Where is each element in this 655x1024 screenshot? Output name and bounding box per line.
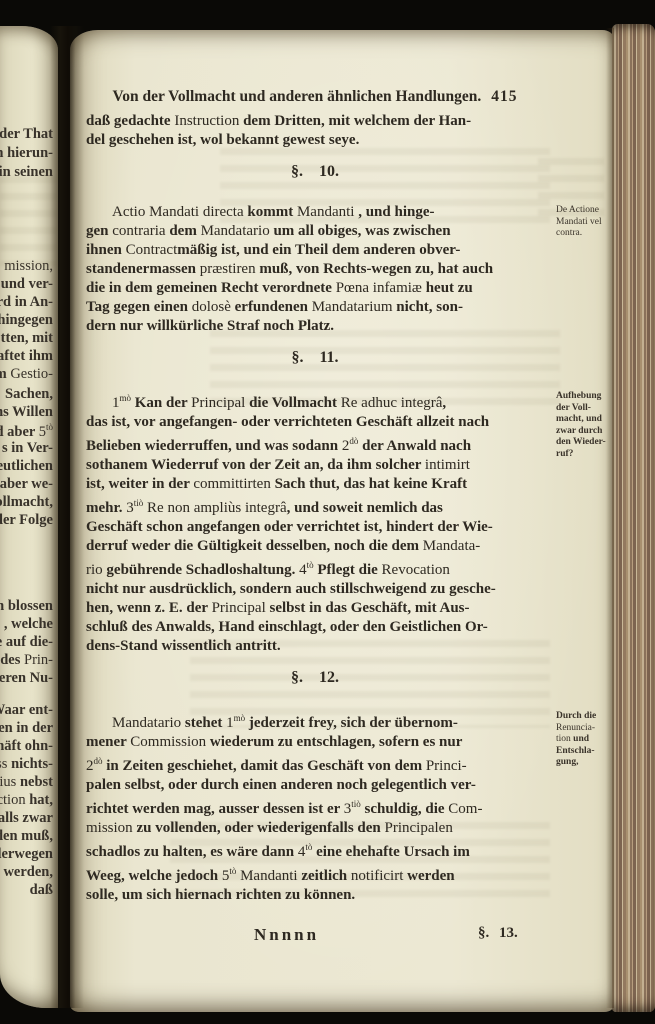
text-segment: gebührende Schadloshaltung. xyxy=(103,562,299,578)
text-segment: tten, mit xyxy=(1,330,53,346)
text-line: mission zu vollenden, oder wiederigenfal… xyxy=(86,819,544,838)
text-segment: Weeg, welche jedoch xyxy=(86,868,222,884)
text-segment: palen selbst, oder durch einen anderen n… xyxy=(86,777,476,793)
text-segment: 4 xyxy=(299,562,307,578)
left-page-fragment: tten, mit xyxy=(1,330,53,347)
text-line: Mandatario stehet 1mò jederzeit frey, si… xyxy=(86,709,544,733)
text-segment: r aber we- xyxy=(0,476,53,492)
text-segment: Sach thut, das hat keine Kraft xyxy=(271,476,467,492)
text-segment: mäßig ist, und ein Theil dem anderen obv… xyxy=(177,242,460,258)
text-segment: Tag gegen einen xyxy=(86,299,192,315)
text-segment: intimirt xyxy=(425,457,470,473)
text-segment: Renuncia- xyxy=(556,723,595,733)
text-segment: m xyxy=(0,366,10,382)
text-segment: jederzeit frey, sich der übernom- xyxy=(245,715,458,731)
text-segment: werden xyxy=(403,868,454,884)
text-segment: deutlichen xyxy=(0,458,53,474)
text-segment: nicht, son- xyxy=(393,299,463,315)
paragraph: Actio Mandati directa kommt Mandanti , u… xyxy=(86,203,544,336)
text-segment: mehr. xyxy=(86,500,126,516)
text-segment: , und hinge- xyxy=(354,204,434,220)
left-page-fragment: Waar ent- xyxy=(0,702,53,719)
left-page-fragment: d aber 5tò xyxy=(0,422,53,441)
text-segment: Com- xyxy=(448,801,482,817)
text-segment: der Voll- xyxy=(556,403,591,413)
running-header: Von der Vollmacht und anderen ähnlichen … xyxy=(86,88,544,106)
text-segment: zwar durch xyxy=(556,426,602,436)
text-segment: tò xyxy=(307,560,314,570)
text-segment: mener xyxy=(86,734,130,750)
text-segment: macht, und xyxy=(556,414,602,424)
left-page-fragment: ird in An- xyxy=(0,294,53,311)
text-segment: den in der xyxy=(0,720,53,736)
text-segment: derruf weder die Gültigkeit desselben, n… xyxy=(86,538,423,554)
left-page-edge: der Thatn hierun-in seinenmission,und ve… xyxy=(0,26,58,1008)
text-segment: , xyxy=(442,395,446,411)
text-segment: præstiren xyxy=(200,261,256,277)
text-segment: und xyxy=(571,734,589,744)
left-page-fragment: n hierun- xyxy=(0,145,53,162)
left-page-fragment: und ver- xyxy=(1,276,53,293)
text-line: schadlos zu halten, es wäre dann 4tò ein… xyxy=(86,838,544,862)
text-segment: mò xyxy=(234,713,246,723)
text-line: derruf weder die Gültigkeit desselben, n… xyxy=(86,537,544,556)
text-segment: n hierun- xyxy=(0,145,53,161)
text-segment: , und soweit nemlich das xyxy=(287,500,443,516)
text-segment: tion xyxy=(556,734,571,744)
left-page-fragment: ction hat, xyxy=(0,792,53,809)
text-segment: contraria xyxy=(112,223,165,239)
left-page-fragment: rden muß, xyxy=(0,828,53,845)
text-segment: schadlos zu halten, es wäre dann xyxy=(86,844,298,860)
text-segment: Principal xyxy=(212,600,266,616)
text-segment: 2 xyxy=(86,758,94,774)
text-segment: Mandanti xyxy=(297,204,355,220)
text-line: mener Commission wiederum zu entschlagen… xyxy=(86,733,544,752)
text-segment: Sachen, xyxy=(5,386,53,402)
text-line: Belieben wiederruffen, und was sodann 2d… xyxy=(86,432,544,456)
text-segment: dens-Stand wissentlich antritt. xyxy=(86,638,281,654)
left-page-fragment: cess nichts- xyxy=(0,756,53,773)
text-segment: nebst xyxy=(20,774,53,790)
text-segment: rio xyxy=(86,562,103,578)
left-page-fragment: m Gestio- xyxy=(0,366,53,383)
text-segment: ie auf die- xyxy=(0,634,53,650)
text-line: rio gebührende Schadloshaltung. 4tò Pfle… xyxy=(86,556,544,580)
text-line: del geschehen ist, wol bekannt gewest se… xyxy=(86,131,544,150)
text-line: dens-Stand wissentlich antritt. xyxy=(86,637,544,656)
left-page-fragment: derwegen xyxy=(0,846,53,863)
text-segment: committirten xyxy=(193,476,270,492)
text-segment: Mandatarium xyxy=(312,299,393,315)
text-segment: hen, wenn z. E. der xyxy=(86,600,212,616)
text-segment: contra. xyxy=(556,228,582,238)
left-page-fragment: r aber we- xyxy=(0,476,53,493)
text-line: 1mò Kan der Principal die Vollmacht Re a… xyxy=(86,389,544,413)
paragraph: 1mò Kan der Principal die Vollmacht Re a… xyxy=(86,389,544,656)
text-segment: Geschäft schon angefangen oder verrichte… xyxy=(86,519,493,535)
left-page-fragment: der Folge xyxy=(0,512,53,529)
text-segment: ns Willen xyxy=(0,404,53,420)
text-segment: , welche xyxy=(4,616,53,632)
text-segment: die in dem gemeinen Recht verordnete xyxy=(86,280,336,296)
text-segment: Belieben wiederruffen, und was sodann xyxy=(86,438,342,454)
text-line: Actio Mandati directa kommt Mandanti , u… xyxy=(86,203,544,222)
text-segment: selbst in das Geschäft, mit Aus- xyxy=(266,600,470,616)
left-page-fragment: s in Ver- xyxy=(2,440,53,457)
page-content: Von der Vollmacht und anderen ähnlichen … xyxy=(86,88,544,949)
text-segment: der Anwald nach xyxy=(358,438,471,454)
text-segment: haftet ihm xyxy=(0,348,53,364)
text-segment: heut zu xyxy=(422,280,473,296)
text-segment: daß gedachte xyxy=(86,113,174,129)
page-footer: Nnnnn §. 13. xyxy=(86,925,544,949)
text-segment: und ver- xyxy=(1,276,53,292)
text-segment: Pœna infamiæ xyxy=(336,280,422,296)
text-segment: 3 xyxy=(126,500,134,516)
text-segment: ruf? xyxy=(556,449,573,459)
text-segment: in Zeiten geschiehet, damit das Geschäft… xyxy=(103,758,426,774)
left-page-fragment: ns Willen xyxy=(0,404,53,421)
text-segment: mission xyxy=(86,820,133,836)
catchword: §. 13. xyxy=(478,925,518,942)
text-segment: der Folge xyxy=(0,512,53,528)
text-line: standenermassen præstiren muß, von Recht… xyxy=(86,260,544,279)
text-line: palen selbst, oder durch einen anderen n… xyxy=(86,776,544,795)
text-segment: den Wieder- xyxy=(556,437,606,447)
text-segment: solle, um sich hiernach richten zu könne… xyxy=(86,887,355,903)
book-photo: der Thatn hierun-in seinenmission,und ve… xyxy=(0,0,655,1024)
text-segment: Mandanti xyxy=(240,868,298,884)
text-segment: Principal xyxy=(191,395,245,411)
text-line: solle, um sich hiernach richten zu könne… xyxy=(86,886,544,905)
text-segment: 1 xyxy=(226,715,234,731)
text-segment: das ist, vor angefangen- oder verrichtet… xyxy=(86,414,489,430)
text-segment: sseren Nu- xyxy=(0,670,53,686)
page-number: 415 xyxy=(491,88,517,106)
left-page-fragment: deutlichen xyxy=(0,458,53,475)
text-segment: Vollmacht, xyxy=(0,494,53,510)
text-line: hen, wenn z. E. der Principal selbst in … xyxy=(86,599,544,618)
text-line: nicht nur ausdrücklich, sondern auch sti… xyxy=(86,580,544,599)
text-segment: Aufhebung xyxy=(556,391,601,401)
text-segment: dò xyxy=(94,756,103,766)
text-segment: dolosè xyxy=(192,299,231,315)
text-segment: cess xyxy=(0,756,11,772)
text-segment: dern nur willkürliche Straf noch Platz. xyxy=(86,318,334,334)
text-segment: Durch die xyxy=(556,711,596,721)
left-page-fragment: in blossen xyxy=(0,598,53,615)
left-page-fragment: daß xyxy=(30,882,53,899)
section-heading: §. 12. xyxy=(86,669,544,687)
text-segment: des xyxy=(0,652,24,668)
text-segment: Entschla- xyxy=(556,746,595,756)
text-segment: ihnen xyxy=(86,242,126,258)
left-page-fragment: des Prin- xyxy=(0,652,53,669)
text-segment: kommt xyxy=(244,204,297,220)
text-segment: daß xyxy=(30,882,53,898)
text-segment: wiederum zu entschlagen, sofern es nur xyxy=(206,734,462,750)
text-line: die in dem gemeinen Recht verordnete Pœn… xyxy=(86,279,544,298)
text-segment: schäft ohn- xyxy=(0,738,53,754)
text-segment: die Vollmacht xyxy=(245,395,340,411)
text-segment: erfundenen xyxy=(231,299,312,315)
text-segment: der That xyxy=(0,126,53,142)
text-segment: mò xyxy=(120,393,132,403)
text-line: schluß des Anwalds, Hand einschlagt, ode… xyxy=(86,618,544,637)
left-page-fragment: sseren Nu- xyxy=(0,670,53,687)
text-line: ihnen Contractmäßig ist, und ein Theil d… xyxy=(86,241,544,260)
text-segment: Waar ent- xyxy=(0,702,53,718)
text-segment: nichts- xyxy=(11,756,53,772)
text-segment: De Actione xyxy=(556,205,599,215)
text-segment: Re adhuc integrâ xyxy=(341,395,443,411)
text-segment: eine ehehafte Ursach im xyxy=(312,844,469,860)
left-page-fragment: den in der xyxy=(0,720,53,737)
text-line: richtet werden mag, ausser dessen ist er… xyxy=(86,795,544,819)
text-segment: dem Dritten, mit welchem der Han- xyxy=(239,113,471,129)
text-segment: ist, weiter in der xyxy=(86,476,193,492)
text-segment: Gestio- xyxy=(10,366,53,382)
left-page-fragment: haftet ihm xyxy=(0,348,53,365)
text-segment: tiò xyxy=(134,498,144,508)
showthrough-smudge xyxy=(0,176,58,266)
text-line: gen contraria dem Mandatario um all obig… xyxy=(86,222,544,241)
text-segment: Mandatario xyxy=(112,715,181,731)
text-line: 2dò in Zeiten geschiehet, damit das Gesc… xyxy=(86,752,544,776)
text-segment: Mandati vel xyxy=(556,217,602,227)
text-segment: in blossen xyxy=(0,598,53,614)
text-segment: Principalen xyxy=(385,820,453,836)
text-segment: Mandatario xyxy=(201,223,270,239)
text-segment: hat, xyxy=(29,792,53,808)
text-segment: schluß des Anwalds, Hand einschlagt, ode… xyxy=(86,619,488,635)
left-page-fragment: der That xyxy=(0,126,53,143)
text-line: daß gedachte Instruction dem Dritten, mi… xyxy=(86,112,544,131)
text-segment: nicht nur ausdrücklich, sondern auch sti… xyxy=(86,581,496,597)
text-segment: Mandata- xyxy=(423,538,480,554)
text-segment: sothanem Wiederruf von der Zeit an, da i… xyxy=(86,457,425,473)
text-segment: stehet xyxy=(181,715,226,731)
text-segment: ird in An- xyxy=(0,294,53,310)
text-segment: n werden, xyxy=(0,864,53,880)
text-segment: Revocation xyxy=(382,562,450,578)
text-segment: 5 xyxy=(39,424,46,440)
text-segment: Commission xyxy=(130,734,206,750)
text-segment: ction xyxy=(0,792,29,808)
left-page-fragment: Sachen, xyxy=(5,386,53,403)
left-page-fragment: ie auf die- xyxy=(0,634,53,651)
text-line: sothanem Wiederruf von der Zeit an, da i… xyxy=(86,456,544,475)
left-page-fragment: hingegen xyxy=(0,312,53,329)
running-header-title: Von der Vollmacht und anderen ähnlichen … xyxy=(112,88,481,106)
text-line: mehr. 3tiò Re non ampliùs integrâ, und s… xyxy=(86,494,544,518)
left-page-fragment: arius nebst xyxy=(0,774,53,791)
signature-mark: Nnnnn xyxy=(254,925,319,945)
section-heading: §. 11. xyxy=(86,349,544,367)
text-line: Weeg, welche jedoch 5tò Mandanti zeitlic… xyxy=(86,862,544,886)
text-segment: Princi- xyxy=(426,758,467,774)
text-segment: dem xyxy=(166,223,201,239)
text-segment: zu vollenden, oder wiederigenfalls den xyxy=(133,820,385,836)
text-segment: hingegen xyxy=(0,312,53,328)
text-segment: Kan der xyxy=(131,395,191,411)
text-segment: um all obiges, was zwischen xyxy=(270,223,451,239)
text-segment: notificirt xyxy=(351,868,404,884)
text-segment: tiò xyxy=(351,799,361,809)
right-page: Von der Vollmacht und anderen ähnlichen … xyxy=(70,30,614,1012)
text-segment: del geschehen ist, wol bekannt gewest se… xyxy=(86,132,359,148)
fore-edge-page-stack xyxy=(612,24,655,1012)
left-page-fragment: schäft ohn- xyxy=(0,738,53,755)
text-segment: Pflegt die xyxy=(314,562,382,578)
text-line: dern nur willkürliche Straf noch Platz. xyxy=(86,317,544,336)
text-segment: Actio Mandati directa xyxy=(112,204,244,220)
text-segment: Instruction xyxy=(174,113,239,129)
body-sections: daß gedachte Instruction dem Dritten, mi… xyxy=(86,112,544,905)
text-segment: d aber xyxy=(0,424,39,440)
text-line: Geschäft schon angefangen oder verrichte… xyxy=(86,518,544,537)
text-segment: muß, von Rechts-wegen zu, hat auch xyxy=(256,261,494,277)
left-page-fragment: n werden, xyxy=(0,864,53,881)
text-segment: Re non ampliùs integrâ xyxy=(147,500,287,516)
text-line: das ist, vor angefangen- oder verrichtet… xyxy=(86,413,544,432)
text-segment: schuldig, die xyxy=(361,801,449,817)
text-segment: tò xyxy=(46,422,53,432)
text-segment: s in Ver- xyxy=(2,440,53,456)
left-page-fragment: , welche xyxy=(4,616,53,633)
text-segment: Prin- xyxy=(24,652,53,668)
text-segment: arius xyxy=(0,774,20,790)
section-heading: §. 10. xyxy=(86,163,544,181)
text-line: Tag gegen einen dolosè erfundenen Mandat… xyxy=(86,298,544,317)
paragraph: Mandatario stehet 1mò jederzeit frey, si… xyxy=(86,709,544,905)
text-segment: gen xyxy=(86,223,112,239)
text-segment: 1 xyxy=(112,395,120,411)
text-segment: richtet werden mag, ausser dessen ist er xyxy=(86,801,344,817)
text-segment: Contract xyxy=(126,242,178,258)
text-segment: rden muß, xyxy=(0,828,53,844)
text-line: ist, weiter in der committirten Sach thu… xyxy=(86,475,544,494)
text-segment: zeitlich xyxy=(298,868,351,884)
text-segment: derwegen xyxy=(0,846,53,862)
page-edge-shadow xyxy=(606,28,614,1008)
text-segment: standenermassen xyxy=(86,261,200,277)
text-segment: falls zwar xyxy=(0,810,53,826)
paragraph: daß gedachte Instruction dem Dritten, mi… xyxy=(86,112,544,150)
left-page-fragment: Vollmacht, xyxy=(0,494,53,511)
text-segment: gung, xyxy=(556,757,578,767)
left-page-fragment: falls zwar xyxy=(0,810,53,827)
